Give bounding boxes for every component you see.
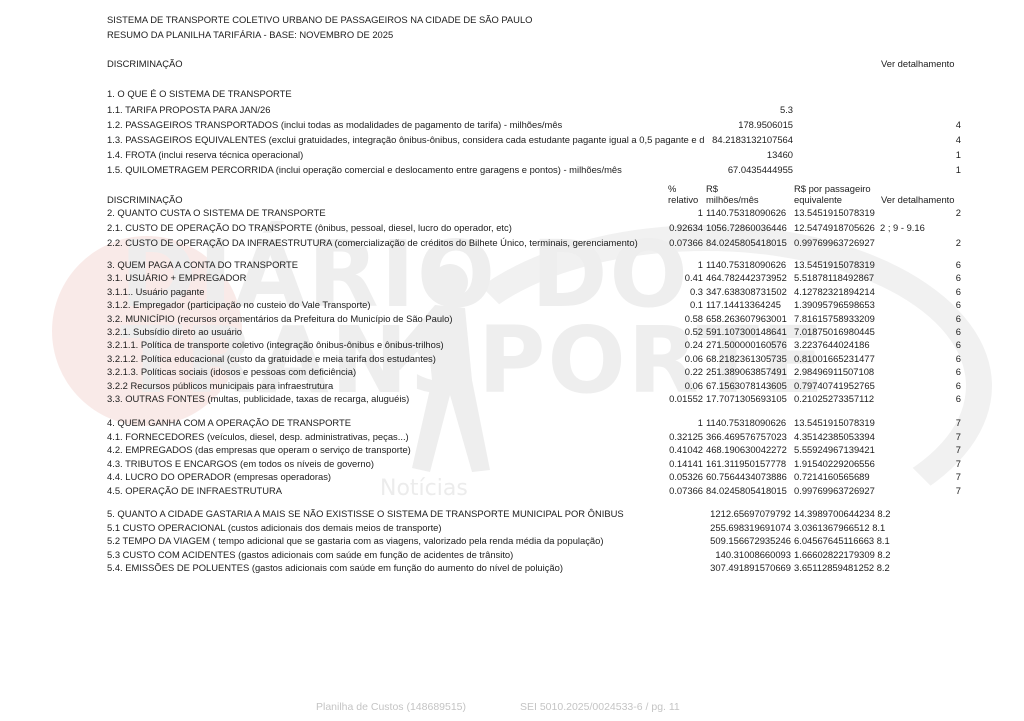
footer-doc-name: Planilha de Custos (148689515)	[316, 701, 466, 713]
row-detail-ref: 7	[107, 444, 961, 456]
col-rsp-header: R$ por passageiro equivalente	[794, 183, 871, 205]
row-rs: 1056.72860036446	[706, 222, 787, 234]
col-pct-header: % relativo	[668, 183, 698, 205]
row-detail-ref: 6	[107, 366, 961, 378]
row-detail-ref: 6	[107, 353, 961, 365]
row-detail-ref: 7	[107, 458, 961, 470]
row-rs: 1212.65697079792	[107, 508, 791, 520]
row-detail-ref: 2	[107, 237, 961, 249]
row-detail-ref: 4	[107, 119, 961, 131]
col-pct-line1: %	[668, 183, 698, 194]
col-rsp-line1: R$ por passageiro	[794, 183, 871, 194]
row-detail-ref: 6	[107, 299, 961, 311]
row-rsp: 1.66602822179309 8.2	[794, 549, 890, 561]
section-title: 1. O QUE É O SISTEMA DE TRANSPORTE	[107, 88, 292, 100]
row-rs: 255.698319691074	[107, 522, 791, 534]
row-detail-ref: 2 ; 9 - 9.16	[880, 222, 925, 234]
col-ver-detalhamento: Ver detalhamento	[881, 58, 955, 70]
row-rs: 140.31008660093	[107, 549, 791, 561]
col-discriminacao: DISCRIMINAÇÃO	[107, 58, 183, 70]
row-detail-ref: 1	[107, 164, 961, 176]
col-rs-header: R$ milhões/mês	[706, 183, 759, 205]
footer-sei-ref: SEI 5010.2025/0024533-6 / pg. 11	[520, 701, 680, 713]
doc-subtitle: RESUMO DA PLANILHA TARIFÁRIA - BASE: NOV…	[107, 29, 393, 41]
row-detail-ref: 7	[107, 417, 961, 429]
row-rsp: 3.0361367966512 8.1	[794, 522, 885, 534]
row-detail-ref: 4	[107, 134, 961, 146]
row-detail-ref: 7	[107, 471, 961, 483]
col-rsp-line2: equivalente	[794, 194, 871, 205]
row-detail-ref: 6	[107, 259, 961, 271]
col-rs-line2: milhões/mês	[706, 194, 759, 205]
row-rs: 509.156672935246	[107, 535, 791, 547]
row-detail-ref: 6	[107, 339, 961, 351]
col-det-header: Ver detalhamento	[881, 194, 955, 205]
row-rsp: 12.5474918705626	[794, 222, 875, 234]
row-detail-ref: 6	[107, 326, 961, 338]
row-detail-ref: 6	[107, 380, 961, 392]
row-rsp: 14.3989700644234 8.2	[794, 508, 890, 520]
col-rs-line1: R$	[706, 183, 759, 194]
col-pct-line2: relativo	[668, 194, 698, 205]
row-rsp: 6.04567645116663 8.1	[794, 535, 890, 547]
row-detail-ref: 7	[107, 431, 961, 443]
row-value: 5.3	[107, 104, 793, 116]
row-detail-ref: 7	[107, 485, 961, 497]
row-detail-ref: 6	[107, 313, 961, 325]
row-detail-ref: 1	[107, 149, 961, 161]
row-rsp: 3.65112859481252 8.2	[794, 562, 890, 574]
row-detail-ref: 6	[107, 393, 961, 405]
row-rs: 307.491891570669	[107, 562, 791, 574]
col-discriminacao-2: DISCRIMINAÇÃO	[107, 194, 183, 206]
row-detail-ref: 2	[107, 207, 961, 219]
row-detail-ref: 6	[107, 286, 961, 298]
doc-title: SISTEMA DE TRANSPORTE COLETIVO URBANO DE…	[107, 14, 532, 26]
row-pct: 0.92634	[107, 222, 703, 234]
row-detail-ref: 6	[107, 272, 961, 284]
